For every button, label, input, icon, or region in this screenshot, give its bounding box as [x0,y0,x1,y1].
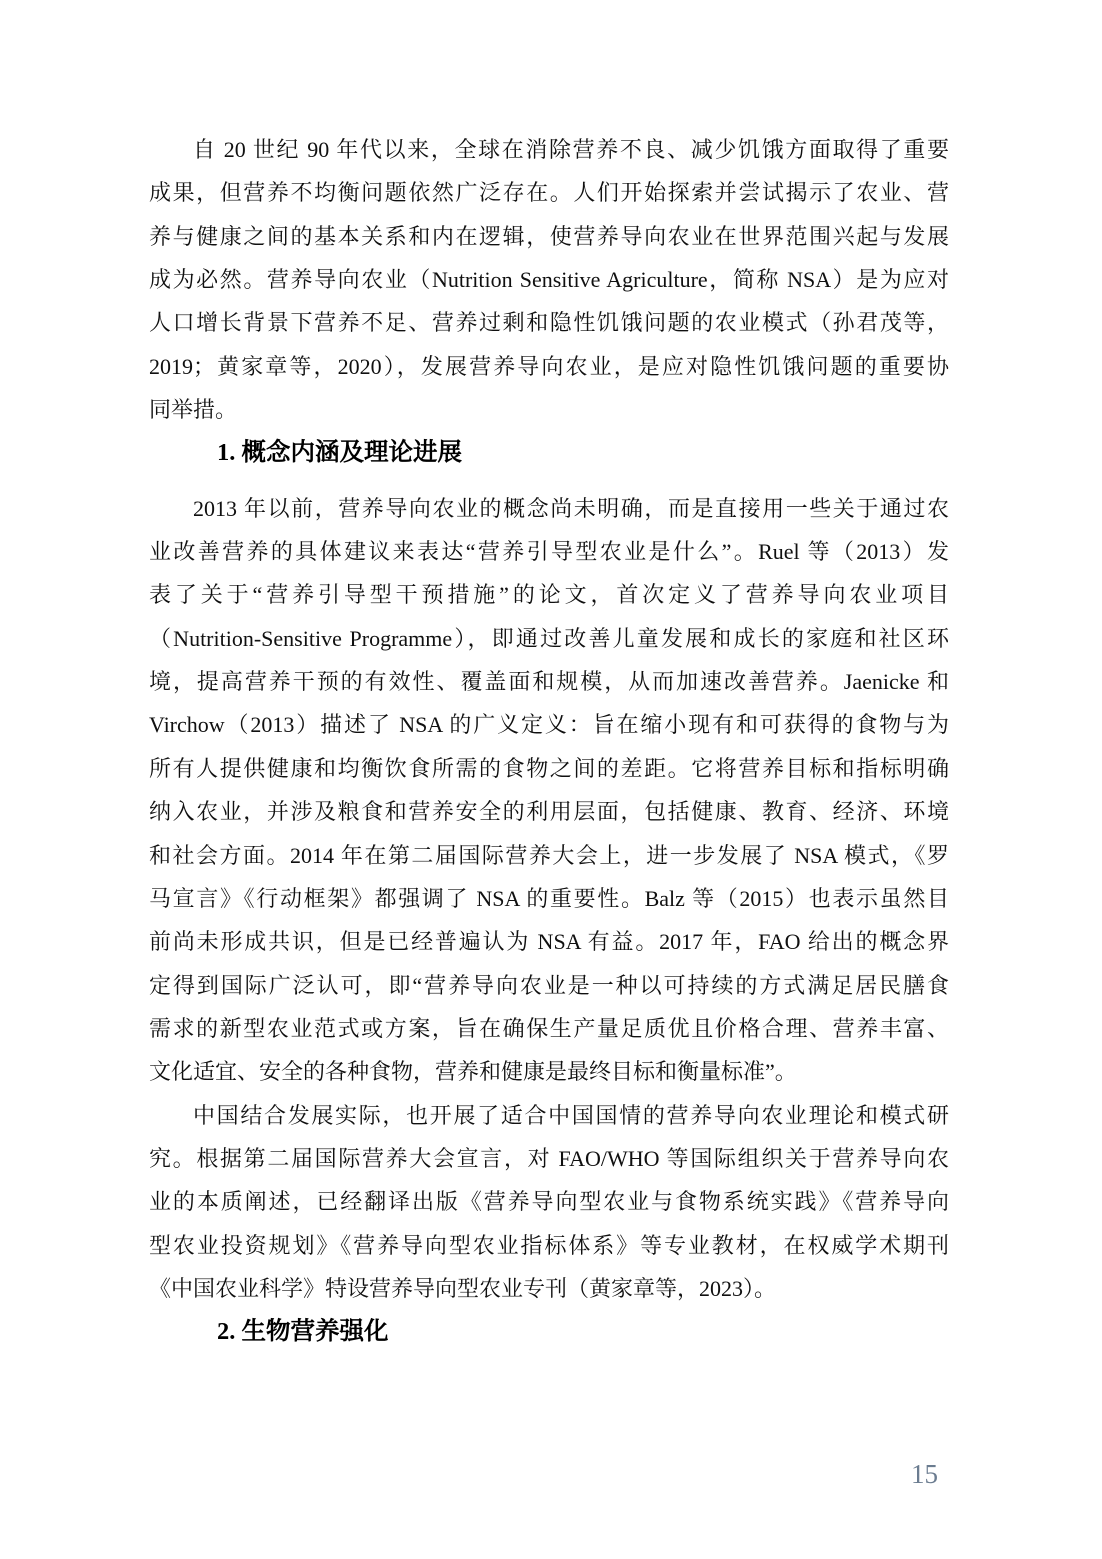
text-line: 需求的新型农业范式或方案，旨在确保生产量足质优且价格合理、营养丰富、 [149,1007,949,1050]
paragraph: 自 20 世纪 90 年代以来，全球在消除营养不良、减少饥饿方面取得了重要成果，… [149,128,949,431]
section-heading: 2. 生物营养强化 [149,1310,949,1353]
text-line: （Nutrition-Sensitive Programme），即通过改善儿童发… [149,617,949,660]
text-line: 成果，但营养不均衡问题依然广泛存在。人们开始探索并尝试揭示了农业、营 [149,171,949,214]
document-body: 自 20 世纪 90 年代以来，全球在消除营养不良、减少饥饿方面取得了重要成果，… [149,128,949,1366]
text-line: 纳入农业，并涉及粮食和营养安全的利用层面，包括健康、教育、经济、环境 [149,790,949,833]
text-line: 马宣言》《行动框架》都强调了 NSA 的重要性。Balz 等（2015）也表示虽… [149,877,949,920]
text-line: 2013 年以前，营养导向农业的概念尚未明确，而是直接用一些关于通过农 [149,487,949,530]
paragraph: 中国结合发展实际，也开展了适合中国国情的营养导向农业理论和模式研究。根据第二届国… [149,1094,949,1311]
text-line: 和社会方面。2014 年在第二届国际营养大会上，进一步发展了 NSA 模式，《罗 [149,834,949,877]
page-footer: 15 [911,1458,938,1490]
text-line: 养与健康之间的基本关系和内在逻辑，使营养导向农业在世界范围兴起与发展 [149,215,949,258]
section-heading: 1. 概念内涵及理论进展 [149,431,949,474]
text-line: 所有人提供健康和均衡饮食所需的食物之间的差距。它将营养目标和指标明确 [149,747,949,790]
text-line: 人口增长背景下营养不足、营养过剩和隐性饥饿问题的农业模式（孙君茂等， [149,301,949,344]
document-page: 自 20 世纪 90 年代以来，全球在消除营养不良、减少饥饿方面取得了重要成果，… [0,0,1102,1559]
text-line: 业改善营养的具体建议来表达“营养引导型农业是什么”。Ruel 等（2013）发 [149,530,949,573]
text-line: 境，提高营养干预的有效性、覆盖面和规模，从而加速改善营养。Jaenicke 和 [149,660,949,703]
text-line: 《中国农业科学》特设营养导向型农业专刊（黄家章等，2023）。 [149,1267,949,1310]
text-line: 表了关于“营养引导型干预措施”的论文，首次定义了营养导向农业项目 [149,573,949,616]
text-line: 业的本质阐述，已经翻译出版《营养导向型农业与食物系统实践》《营养导向 [149,1180,949,1223]
paragraph: 2013 年以前，营养导向农业的概念尚未明确，而是直接用一些关于通过农业改善营养… [149,487,949,1094]
text-line: 自 20 世纪 90 年代以来，全球在消除营养不良、减少饥饿方面取得了重要 [149,128,949,171]
text-line: Virchow（2013）描述了 NSA 的广义定义：旨在缩小现有和可获得的食物… [149,703,949,746]
text-line: 中国结合发展实际，也开展了适合中国国情的营养导向农业理论和模式研 [149,1094,949,1137]
text-line: 型农业投资规划》《营养导向型农业指标体系》等专业教材，在权威学术期刊 [149,1224,949,1267]
text-line: 2019；黄家章等，2020），发展营养导向农业，是应对隐性饥饿问题的重要协 [149,345,949,388]
text-line: 同举措。 [149,388,949,431]
text-line: 文化适宜、安全的各种食物，营养和健康是最终目标和衡量标准”。 [149,1050,949,1093]
text-line: 究。根据第二届国际营养大会宣言，对 FAO/WHO 等国际组织关于营养导向农 [149,1137,949,1180]
text-line: 成为必然。营养导向农业（Nutrition Sensitive Agricult… [149,258,949,301]
text-line: 前尚未形成共识，但是已经普遍认为 NSA 有益。2017 年，FAO 给出的概念… [149,920,949,963]
text-line: 定得到国际广泛认可，即“营养导向农业是一种以可持续的方式满足居民膳食 [149,964,949,1007]
page-number: 15 [911,1459,938,1489]
